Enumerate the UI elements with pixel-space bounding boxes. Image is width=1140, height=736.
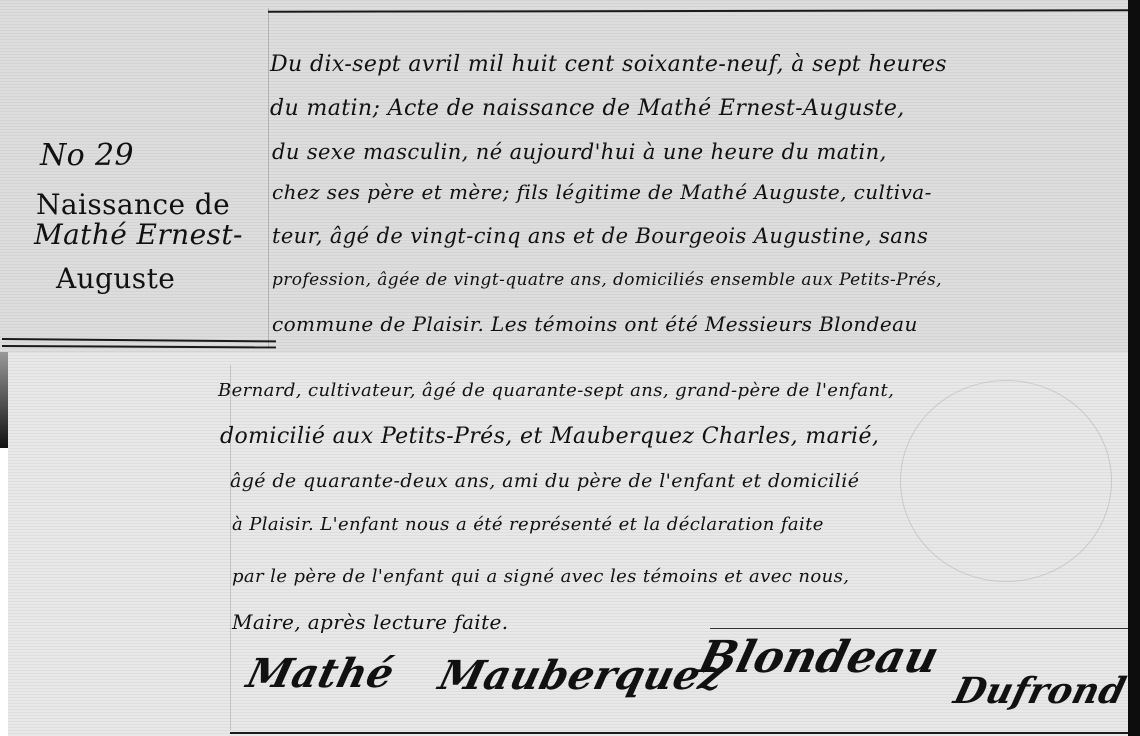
scan-gap-left <box>0 448 8 736</box>
signature-mayor: Dufrond <box>950 670 1130 712</box>
signature-mauberquez: Mauberquez <box>434 652 729 699</box>
signature-rule-top <box>710 628 1128 629</box>
body-line: domicilié aux Petits-Prés, et Mauberquez… <box>220 424 879 449</box>
body-line: Maire, après lecture faite. <box>232 610 509 634</box>
faint-stamp <box>900 380 1112 582</box>
body-line: teur, âgé de vingt-cinq ans et de Bourge… <box>272 224 928 248</box>
body-line: Bernard, cultivateur, âgé de quarante-se… <box>218 380 894 401</box>
body-line: par le père de l'enfant qui a signé avec… <box>232 566 849 587</box>
entry-number: No 29 <box>40 138 134 173</box>
margin-divider-lower <box>230 365 231 730</box>
margin-divider <box>268 8 269 348</box>
scan-border-left <box>0 352 8 448</box>
margin-title-line-1: Naissance de <box>36 188 230 221</box>
body-line: chez ses père et mère; fils légitime de … <box>272 180 932 204</box>
bottom-rule <box>230 732 1128 734</box>
signature-blondeau: Blondeau <box>694 632 944 683</box>
body-line: Du dix-sept avril mil huit cent soixante… <box>270 52 947 77</box>
margin-title-line-3: Auguste <box>56 262 175 295</box>
body-line: à Plaisir. L'enfant nous a été représent… <box>232 514 824 535</box>
margin-title-line-2: Mathé Ernest- <box>34 218 243 251</box>
body-line: du sexe masculin, né aujourd'hui à une h… <box>272 140 887 164</box>
body-line: profession, âgée de vingt-quatre ans, do… <box>272 270 942 290</box>
body-line: du matin; Acte de naissance de Mathé Ern… <box>270 96 905 121</box>
body-line: âgé de quarante-deux ans, ami du père de… <box>230 470 859 492</box>
signature-mathe: Mathé <box>242 650 399 697</box>
scan-border-right <box>1128 0 1140 736</box>
body-line: commune de Plaisir. Les témoins ont été … <box>272 312 918 336</box>
